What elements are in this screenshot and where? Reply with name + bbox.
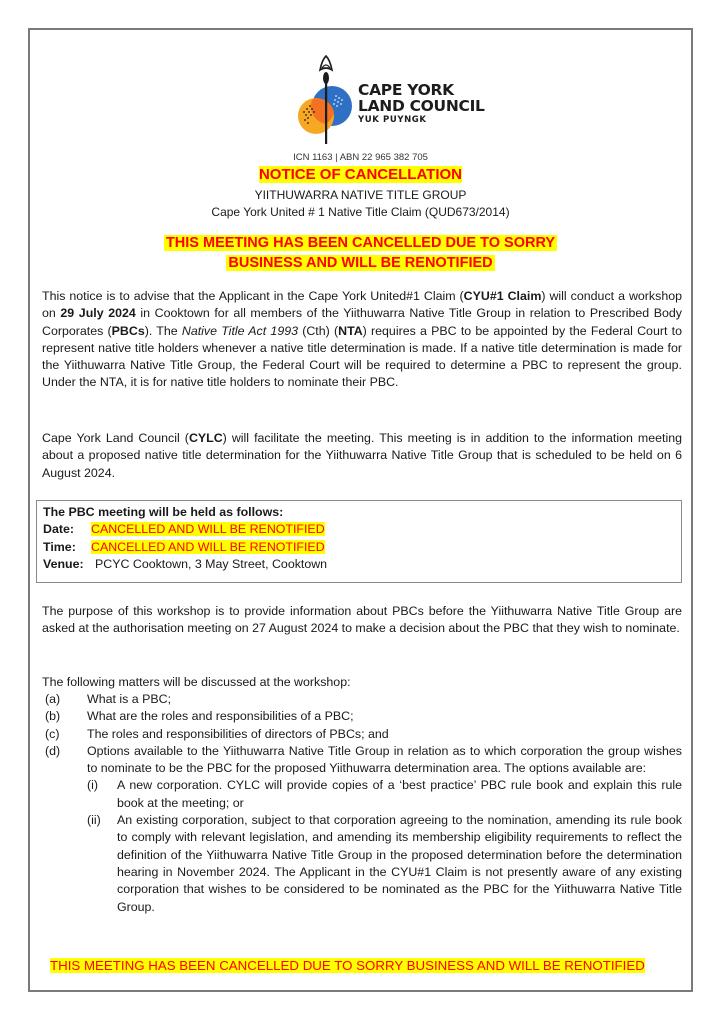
notice-page: CAPE YORK LAND COUNCIL YUK PUYNGK ICN 11… bbox=[28, 28, 693, 992]
intro-paragraph: This notice is to advise that the Applic… bbox=[42, 288, 682, 392]
meeting-details-box: The PBC meeting will be held as follows:… bbox=[36, 500, 682, 583]
purpose-paragraph: The purpose of this workshop is to provi… bbox=[42, 603, 682, 638]
list-marker: (a) bbox=[45, 691, 60, 708]
option-item: (i)A new corporation. CYLC will provide … bbox=[87, 777, 682, 812]
notice-title: NOTICE OF CANCELLATION bbox=[30, 166, 691, 183]
logo-line-1: CAPE YORK bbox=[358, 82, 485, 98]
list-item: (a)What is a PBC; bbox=[42, 691, 682, 708]
list-text: What is a PBC; bbox=[87, 692, 171, 706]
notice-title-text: NOTICE OF CANCELLATION bbox=[259, 166, 462, 183]
option-item: (ii)An existing corporation, subject to … bbox=[87, 812, 682, 916]
workshop-date: 29 July 2024 bbox=[60, 306, 135, 320]
text: This notice is to advise that the Applic… bbox=[42, 289, 464, 303]
act-title: Native Title Act 1993 bbox=[182, 324, 298, 338]
meeting-venue-row: Venue:PCYC Cooktown, 3 May Street, Cookt… bbox=[43, 556, 681, 573]
list-text: The roles and responsibilities of direct… bbox=[87, 727, 389, 741]
time-value: CANCELLED AND WILL BE RENOTIFIED bbox=[91, 540, 325, 554]
date-value: CANCELLED AND WILL BE RENOTIFIED bbox=[91, 522, 325, 536]
cylc-paragraph: Cape York Land Council (CYLC) will facil… bbox=[42, 430, 682, 482]
cancellation-banner-top: THIS MEETING HAS BEEN CANCELLED DUE TO S… bbox=[30, 233, 691, 273]
option-text: An existing corporation, subject to that… bbox=[117, 813, 682, 913]
bold-term: CYU#1 Claim bbox=[464, 289, 542, 303]
list-text: What are the roles and responsibilities … bbox=[87, 709, 354, 723]
list-text: Options available to the Yiithuwarra Nat… bbox=[87, 744, 682, 775]
cylc-circles-spear-icon bbox=[296, 48, 360, 146]
date-label: Date: bbox=[43, 521, 91, 538]
meeting-time-row: Time:CANCELLED AND WILL BE RENOTIFIED bbox=[43, 539, 681, 556]
text: Cape York Land Council ( bbox=[42, 431, 189, 445]
time-label: Time: bbox=[43, 539, 91, 556]
cancellation-banner-line-1: THIS MEETING HAS BEEN CANCELLED DUE TO S… bbox=[164, 235, 557, 251]
text: (Cth) ( bbox=[298, 324, 338, 338]
venue-value: PCYC Cooktown, 3 May Street, Cooktown bbox=[95, 557, 327, 571]
bold-term: PBCs bbox=[112, 324, 145, 338]
meeting-box-heading: The PBC meeting will be held as follows: bbox=[43, 504, 681, 521]
cylc-logo: CAPE YORK LAND COUNCIL YUK PUYNGK bbox=[296, 48, 496, 146]
bold-term: NTA bbox=[338, 324, 363, 338]
logo-line-2: LAND COUNCIL bbox=[358, 98, 485, 114]
list-marker: (c) bbox=[45, 726, 59, 743]
list-item: (c)The roles and responsibilities of dir… bbox=[42, 726, 682, 743]
claim-name: Cape York United # 1 Native Title Claim … bbox=[30, 205, 691, 219]
logo-line-3: YUK PUYNGK bbox=[358, 114, 485, 126]
venue-label: Venue: bbox=[43, 556, 95, 573]
list-marker: (b) bbox=[45, 708, 60, 725]
list-item: (b)What are the roles and responsibiliti… bbox=[42, 708, 682, 725]
heading-text: The PBC meeting will be held as follows: bbox=[43, 505, 283, 519]
group-name: YIITHUWARRA NATIVE TITLE GROUP bbox=[30, 188, 691, 202]
text: ). The bbox=[145, 324, 182, 338]
bold-term: CYLC bbox=[189, 431, 223, 445]
option-marker: (i) bbox=[87, 777, 98, 794]
option-text: A new corporation. CYLC will provide cop… bbox=[117, 778, 682, 809]
cancellation-banner-bottom: THIS MEETING HAS BEEN CANCELLED DUE TO S… bbox=[50, 958, 645, 973]
cancellation-banner-bottom-text: THIS MEETING HAS BEEN CANCELLED DUE TO S… bbox=[50, 958, 645, 973]
logo-wordmark: CAPE YORK LAND COUNCIL YUK PUYNGK bbox=[358, 82, 485, 126]
matters-list: (a)What is a PBC; (b)What are the roles … bbox=[42, 691, 682, 916]
matters-intro: The following matters will be discussed … bbox=[42, 674, 682, 691]
list-item: (d)Options available to the Yiithuwarra … bbox=[42, 743, 682, 916]
meeting-date-row: Date:CANCELLED AND WILL BE RENOTIFIED bbox=[43, 521, 681, 538]
icn-abn-line: ICN 1163 | ABN 22 965 382 705 bbox=[30, 152, 691, 163]
list-marker: (d) bbox=[45, 743, 60, 760]
cancellation-banner-line-2: BUSINESS AND WILL BE RENOTIFIED bbox=[226, 255, 494, 271]
option-marker: (ii) bbox=[87, 812, 101, 829]
